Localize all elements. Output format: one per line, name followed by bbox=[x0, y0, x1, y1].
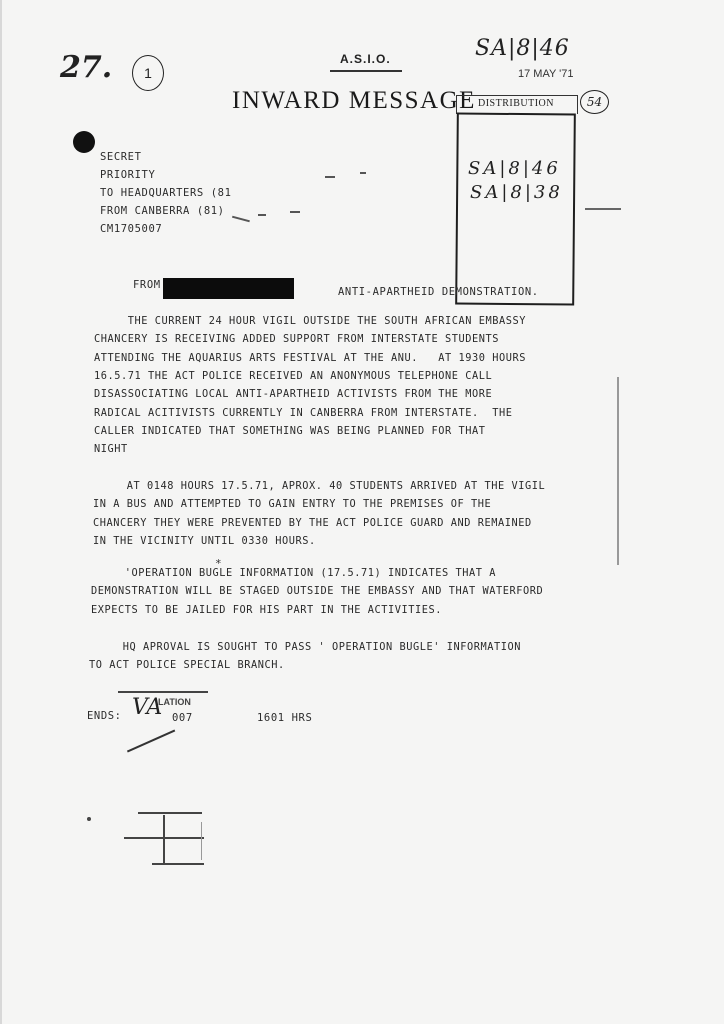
document-title: INWARD MESSAGE bbox=[232, 87, 476, 115]
body-text-line: DEMONSTRATION WILL BE STAGED OUTSIDE THE… bbox=[91, 585, 543, 597]
from-label: FROM bbox=[133, 279, 161, 291]
body-text-line: THE CURRENT 24 HOUR VIGIL OUTSIDE THE SO… bbox=[94, 315, 526, 327]
classification: SECRET bbox=[100, 151, 142, 163]
date-received-stamp: 17 MAY '71 bbox=[518, 68, 574, 80]
body-text-line: CHANCERY IS RECEIVING ADDED SUPPORT FROM… bbox=[94, 333, 499, 345]
pen-scribble bbox=[360, 172, 366, 174]
body-text-line: IN THE VICINITY UNTIL 0330 HOURS. bbox=[93, 535, 316, 547]
handwritten-file-reference: SA|8|46 bbox=[475, 36, 570, 61]
body-text-line: ATTENDING THE AQUARIUS ARTS FESTIVAL AT … bbox=[94, 352, 526, 364]
distribution-label: DISTRIBUTION bbox=[478, 98, 554, 109]
pen-scribble bbox=[585, 208, 621, 210]
ends-number: 007 bbox=[172, 712, 193, 724]
to-line: TO HEADQUARTERS (81 bbox=[100, 187, 232, 199]
distribution-ref: SA|8|38 bbox=[470, 182, 563, 203]
asterisk-mark: * bbox=[215, 557, 222, 570]
distribution-box bbox=[455, 112, 576, 305]
body-text-line: NIGHT bbox=[94, 443, 128, 455]
body-text-line: IN A BUS AND ATTEMPTED TO GAIN ENTRY TO … bbox=[93, 498, 491, 510]
precedence: PRIORITY bbox=[100, 169, 155, 181]
handwritten-folio-mark: 27. bbox=[60, 50, 112, 85]
body-text-line: 16.5.71 THE ACT POLICE RECEIVED AN ANONY… bbox=[94, 370, 492, 382]
agency-name: A.S.I.O. bbox=[340, 52, 391, 66]
pen-scribble bbox=[290, 211, 300, 213]
message-id: CM1705007 bbox=[100, 223, 162, 235]
registration-mark bbox=[138, 812, 202, 814]
body-text-line: AT 0148 HOURS 17.5.71, APROX. 40 STUDENT… bbox=[93, 480, 545, 492]
pen-scribble bbox=[258, 214, 266, 216]
pen-scribble bbox=[232, 216, 250, 222]
ends-time: 1601 HRS bbox=[257, 712, 312, 724]
ends-label: ENDS: bbox=[87, 710, 122, 722]
registration-mark bbox=[152, 863, 204, 865]
handwritten-initials: VA bbox=[132, 695, 162, 720]
redaction-block bbox=[163, 278, 294, 299]
stamp-text: LATION bbox=[158, 697, 191, 707]
registration-mark bbox=[201, 822, 202, 860]
margin-rule bbox=[617, 377, 619, 565]
body-text-line: HQ APROVAL IS SOUGHT TO PASS ' OPERATION… bbox=[89, 641, 521, 653]
message-subject: ANTI-APARTHEID DEMONSTRATION. bbox=[338, 286, 539, 298]
pen-scribble bbox=[325, 176, 335, 178]
body-text-line: CALLER INDICATED THAT SOMETHING WAS BEIN… bbox=[94, 425, 485, 437]
distribution-ref: SA|8|46 bbox=[468, 158, 561, 179]
registration-mark bbox=[163, 815, 165, 863]
from-line: FROM CANBERRA (81) bbox=[100, 205, 225, 217]
document-page: 27. 1 A.S.I.O. INWARD MESSAGE SA|8|46 17… bbox=[0, 0, 724, 1024]
body-text-line: CHANCERY THEY WERE PREVENTED BY THE ACT … bbox=[93, 517, 532, 529]
circled-page-number: 1 bbox=[132, 55, 164, 91]
punch-hole-mark bbox=[73, 131, 95, 153]
body-text-line: 'OPERATION BUGLE INFORMATION (17.5.71) I… bbox=[91, 567, 496, 579]
body-text-line: DISASSOCIATING LOCAL ANTI-APARTHEID ACTI… bbox=[94, 388, 492, 400]
page-edge bbox=[0, 0, 2, 1024]
body-text-line: TO ACT POLICE SPECIAL BRANCH. bbox=[89, 659, 285, 671]
agency-underline bbox=[330, 70, 402, 72]
signature-stroke bbox=[127, 729, 175, 752]
stamp-line bbox=[118, 691, 208, 693]
body-text-line: RADICAL ACITIVISTS CURRENTLY IN CANBERRA… bbox=[94, 407, 512, 419]
body-text-line: EXPECTS TO BE JAILED FOR HIS PART IN THE… bbox=[91, 604, 442, 616]
registration-dot bbox=[87, 817, 91, 821]
circled-folio-number: 54 bbox=[580, 90, 609, 114]
